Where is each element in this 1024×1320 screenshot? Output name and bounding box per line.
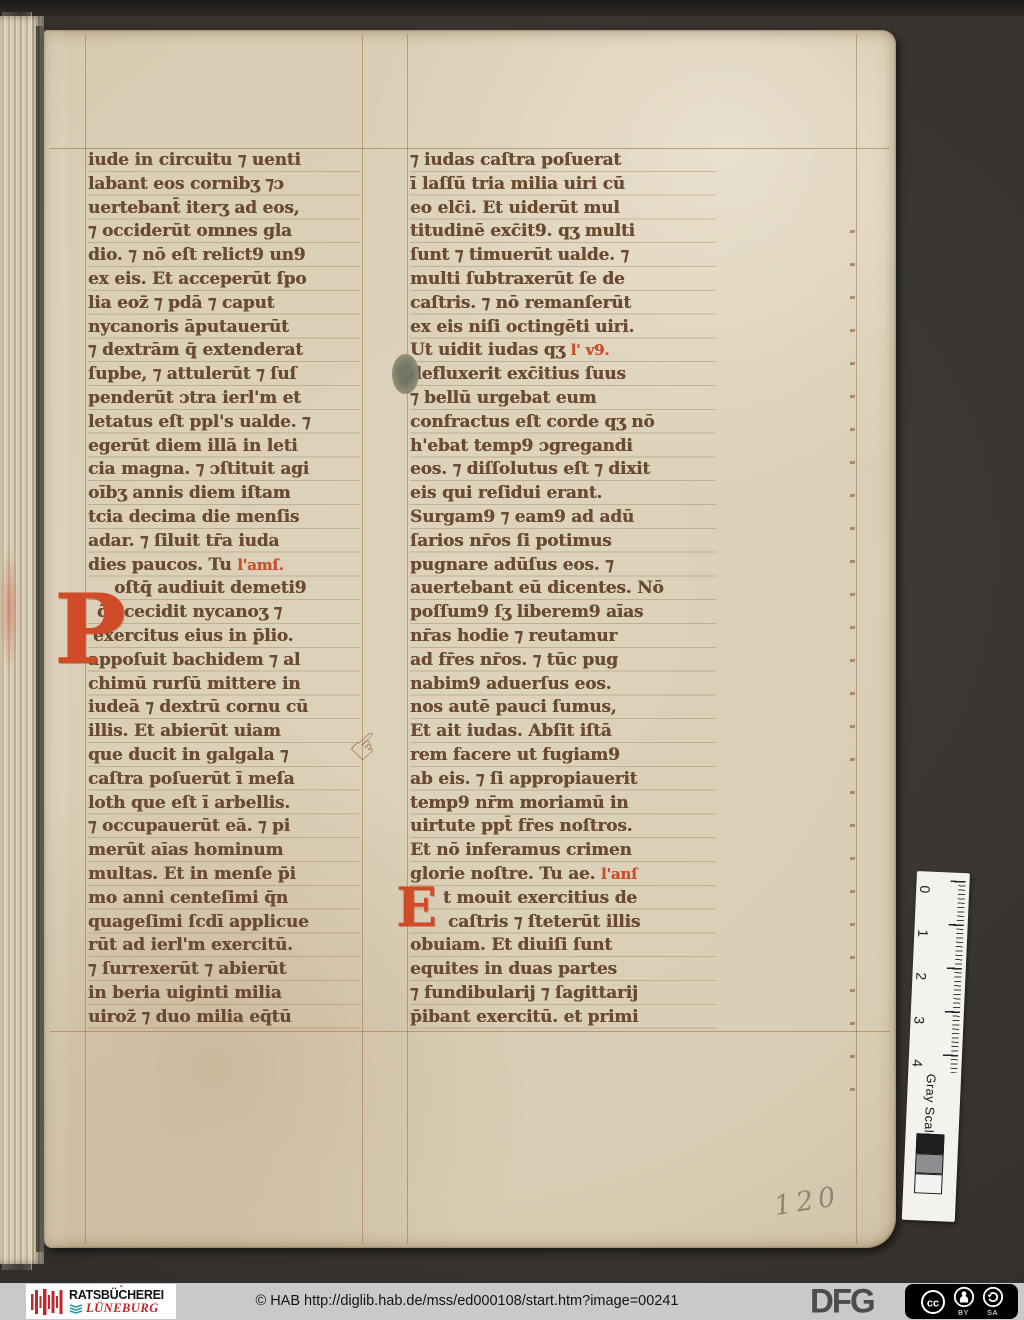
svg-text:cc: cc: [926, 1297, 938, 1309]
manuscript-line: ⁊ occupauerūt eā. ⁊ pi: [88, 814, 360, 838]
cc-sa-arrow-icon: [982, 1286, 1004, 1308]
manuscript-line: titudinē exc̄it9. qʒ multi: [410, 219, 716, 243]
manuscript-line: nabim9 aduerſus eos.: [410, 672, 716, 696]
manuscript-line: temp9 nr̄m moriamū in: [410, 791, 716, 815]
text-column-left: iude in circuitu ⁊ uentilabant eos corni…: [88, 148, 360, 1030]
manuscript-line: p̄ibant exercitū. et primi: [410, 1005, 716, 1029]
manuscript-line: nr̄as hodie ⁊ reutamur: [410, 624, 716, 648]
ruler-tick-label: 1: [915, 929, 931, 937]
manuscript-line: labant eos cornibʒ ⁊ɔ: [88, 172, 360, 196]
text-column-right: ⁊ iudas caſtra poſueratī laſſū tria mili…: [410, 148, 716, 1030]
manuscript-line: oībʒ annis diem iſtam: [88, 481, 360, 505]
manuscript-line: dies paucos. Tu l'amſ.: [88, 553, 360, 577]
manuscript-line: appoſuit bachidem ⁊ al: [88, 648, 360, 672]
ruling-line-horizontal: [50, 1031, 890, 1032]
footer-bar: RATSBÜCHEREI˚ LÜNEBURG © HAB http://digl…: [0, 1283, 1024, 1320]
manuscript-line: Et ait iudas. Abſit iſtā: [410, 719, 716, 743]
page-holder-strip: [2, 12, 32, 1270]
ruling-line-vertical: [856, 34, 857, 1244]
gray-scale-label: Gray Scale: [921, 1074, 938, 1141]
manuscript-line: uiroz̄ ⁊ duo milia eq̄tū: [88, 1005, 360, 1029]
ruler-tick-label: 4: [909, 1059, 925, 1067]
library-city: LÜNEBURG: [86, 1302, 159, 1315]
rubricated-initial-e: E: [396, 880, 437, 934]
manuscript-line: iudeā ⁊ dextrū cornu cū: [88, 695, 360, 719]
manuscript-line: merūt aīas hominum: [88, 838, 360, 862]
manuscript-line: quageſimi ſcdī applicue: [88, 910, 360, 934]
manuscript-line: chimū rurſū mittere in: [88, 672, 360, 696]
manuscript-line: equites in duas partes: [410, 957, 716, 981]
pricking-holes: [850, 230, 855, 1121]
manuscript-line: loth que eſt ī arbellis.: [88, 791, 360, 815]
manuscript-line: pugnare adūſus eos. ⁊: [410, 553, 716, 577]
manuscript-line: nycanoris āputauerūt: [88, 315, 360, 339]
manuscript-line: ⁊ ſurrexerūt ⁊ abierūt: [88, 957, 360, 981]
manuscript-line: cia magna. ⁊ ɔſtituit agi: [88, 457, 360, 481]
backdrop-shadow: [0, 0, 1024, 16]
gray-scale-patch: [915, 1153, 944, 1174]
parchment-stain-hole: [392, 354, 419, 394]
manuscript-line: lia eoz̄ ⁊ pdā ⁊ caput: [88, 291, 360, 315]
manuscript-line: ⁊ bellū urgebat eum: [410, 386, 716, 410]
manuscript-line: poſſum9 ſʒ liberem9 aīas: [410, 600, 716, 624]
cc-sa-label: SA: [987, 1309, 998, 1317]
manuscript-line: ⁊ dextrām q̄ extenderat: [88, 338, 360, 362]
manuscript-line: ex eis niſi octingēti uiri.: [410, 315, 716, 339]
manuscript-page: iude in circuitu ⁊ uentilabant eos corni…: [44, 30, 896, 1248]
manuscript-line: obuiam. Et diuiſi ſunt: [410, 933, 716, 957]
manuscript-line: defluxerit exc̄itius ſuus: [410, 362, 716, 386]
creative-commons-badge: cc BY SA: [905, 1284, 1018, 1319]
manuscript-line: ad fr̄es nr̄os. ⁊ tūc pug: [410, 648, 716, 672]
manuscript-line: rem facere ut fugiam9: [410, 743, 716, 767]
manuscript-line: Surgam9 ⁊ eam9 ad adū: [410, 505, 716, 529]
manuscript-line: caſtra poſuerūt ī meſa: [88, 767, 360, 791]
manuscript-line: ſarios nr̄os ſi potimus: [410, 529, 716, 553]
gray-scale-patch: [914, 1173, 943, 1194]
manuscript-line: penderūt ɔtra ierl'm et: [88, 386, 360, 410]
manuscript-line: iude in circuitu ⁊ uenti: [88, 148, 360, 172]
pencil-folio-number: 120: [772, 1181, 843, 1222]
manuscript-line: oſtq̄ audiuit demeti9: [88, 576, 360, 600]
ruler-tick-label: 3: [911, 1016, 927, 1024]
manuscript-line: dio. ⁊ nō eſt relict9 un9: [88, 243, 360, 267]
manuscript-line: Et nō inferamus crimen: [410, 838, 716, 862]
manuscript-line: rūt ad ierl'm exercitū.: [88, 933, 360, 957]
gray-scale-patch: [916, 1133, 945, 1154]
manuscript-line: glorie noſtre. Tu ae. l'anſ: [410, 862, 716, 886]
manuscript-line: tcia decima die menſis: [88, 505, 360, 529]
manuscript-line: ſupbe, ⁊ attulerūt ⁊ ſuſ: [88, 362, 360, 386]
ruler-numbers: 01234: [917, 871, 970, 873]
manuscript-line: ⁊ occiderūt omnes gla: [88, 219, 360, 243]
manuscript-line: uertebant̄ iterʒ ad eos,: [88, 196, 360, 220]
manuscript-line: nos autē pauci ſumus,: [410, 695, 716, 719]
red-umlaut-decor: ˚: [120, 1285, 123, 1294]
manuscript-line: eo elc̄i. Et uiderūt mul: [410, 196, 716, 220]
rubricated-initial-p: P: [54, 582, 126, 678]
library-barcode-icon: [30, 1288, 64, 1316]
manuscript-line: illis. Et abierūt uiam: [88, 719, 360, 743]
cc-icon: cc: [920, 1289, 946, 1315]
manuscript-line: auertebant eū dicentes. Nō: [410, 576, 716, 600]
manuscript-line: caſtris ⁊ ſteterūt illis: [410, 910, 716, 934]
manuscript-line: ⁊ iudas caſtra poſuerat: [410, 148, 716, 172]
gray-scale-card: 01234 Gray Scale: [902, 871, 970, 1222]
library-logo: RATSBÜCHEREI˚ LÜNEBURG: [26, 1284, 176, 1319]
manuscript-line: letatus eſt ppl's ualde. ⁊: [88, 410, 360, 434]
manuscript-line: eos. ⁊ diſſolutus eſt ⁊ dixit: [410, 457, 716, 481]
manuscript-line: multi ſubtraxerūt ſe de: [410, 267, 716, 291]
manuscript-line: ſunt ⁊ timuerūt ualde. ⁊: [410, 243, 716, 267]
manuscript-line: eis qui reſidui erant.: [410, 481, 716, 505]
manuscript-line: ī laſſū tria milia uiri cū: [410, 172, 716, 196]
manuscript-line: t mouit exercitius de: [410, 886, 716, 910]
ruler-tick-label: 2: [913, 972, 929, 980]
manuscript-line: Ut uidit iudas qʒ l' v9.: [410, 338, 716, 362]
manuscript-line: multas. Et in menſe p̄i: [88, 862, 360, 886]
manuscript-line: exercitus eius in p̄lio.: [88, 624, 360, 648]
ruler-tick-label: 0: [917, 885, 933, 893]
manuscript-line: h'ebat temp9 ɔgregandi: [410, 434, 716, 458]
digitized-manuscript-scan: iude in circuitu ⁊ uentilabant eos corni…: [0, 0, 1024, 1320]
manuscript-line: ex eis. Et acceperūt ſpo: [88, 267, 360, 291]
book-icon: [69, 1303, 83, 1314]
ruler-major-ticks: [943, 880, 966, 1060]
manuscript-line: ⁊ fundibularij ⁊ ſagittarij: [410, 981, 716, 1005]
ruling-line-vertical: [362, 34, 363, 1244]
manuscript-line: in beria uiginti milia: [88, 981, 360, 1005]
dfg-logo: DFG: [810, 1282, 874, 1320]
manuscript-line: caſtris. ⁊ nō remanſerūt: [410, 291, 716, 315]
manuscript-line: que ducit in galgala ⁊: [88, 743, 360, 767]
manuscript-line: mo anni centeſimi q̄n: [88, 886, 360, 910]
cc-by-label: BY: [958, 1309, 969, 1317]
manuscript-line: egerūt diem illā in leti: [88, 434, 360, 458]
library-name: RATSBÜCHEREI˚: [69, 1289, 164, 1302]
gray-scale-patches: [914, 1133, 947, 1194]
ruling-line-vertical: [407, 34, 408, 1244]
source-url-text: © HAB http://diglib.hab.de/mss/ed000108/…: [232, 1283, 702, 1320]
manuscript-line: uirtute ppt̄ fr̄es noſtros.: [410, 814, 716, 838]
manuscript-line: adar. ⁊ ſiluit tr̄a iuda: [88, 529, 360, 553]
manuscript-line: confractus eſt corde qʒ nō: [410, 410, 716, 434]
manuscript-line: ab eis. ⁊ ſi appropiauerit: [410, 767, 716, 791]
cc-by-person-icon: [953, 1286, 975, 1308]
manuscript-line: q̄ʒ cecidit nycanoʒ ⁊: [88, 600, 360, 624]
